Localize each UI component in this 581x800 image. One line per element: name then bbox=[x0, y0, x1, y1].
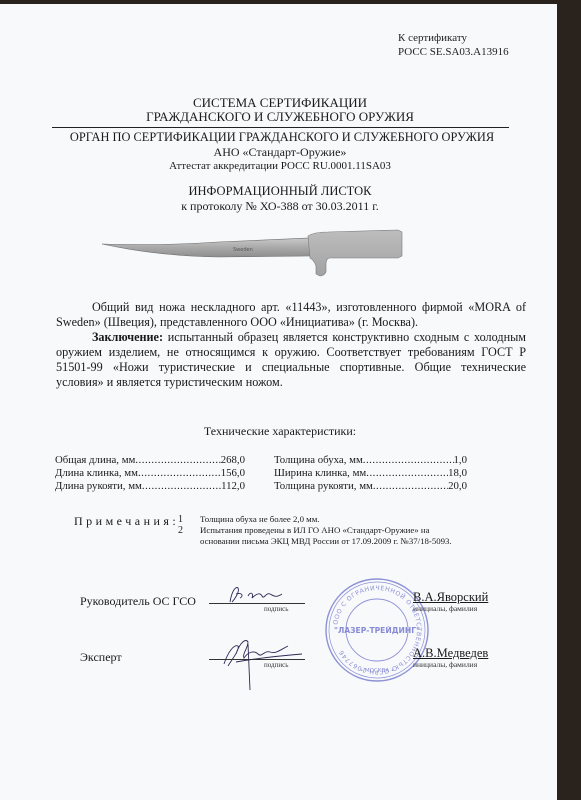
specs-title: Технические характеристики: bbox=[60, 424, 500, 439]
header-divider bbox=[52, 127, 509, 128]
ano-name: АНО «Стандарт-Оружие» bbox=[60, 145, 500, 160]
spec-label: Толщина рукояти, мм bbox=[274, 480, 373, 493]
name-caption-head: инициалы, фамилия bbox=[413, 604, 477, 613]
notes-label: Примечания: bbox=[74, 514, 179, 529]
signature-scrawl-expert bbox=[218, 632, 308, 692]
spec-leader: ........................................… bbox=[373, 480, 448, 493]
spec-row: Общая длина, мм.........................… bbox=[55, 454, 245, 467]
spec-label: Длина рукояти, мм bbox=[55, 480, 142, 493]
system-title-line-2: ГРАЖДАНСКОГО И СЛУЖЕБНОГО ОРУЖИЯ bbox=[60, 109, 500, 125]
spec-row: Длина клинка, мм........................… bbox=[55, 467, 245, 480]
signatory-role-expert: Эксперт bbox=[80, 650, 122, 665]
spec-leader: ........................................… bbox=[138, 467, 221, 480]
stamp-city: • МОСКВА • bbox=[360, 668, 394, 674]
spec-leader: ........................................… bbox=[366, 467, 448, 480]
stamp-center-text: "ЛАЗЕР-ТРЕЙДИНГ" bbox=[334, 626, 420, 635]
blade-marking: Sweden bbox=[233, 247, 253, 253]
signature-line-expert bbox=[209, 659, 305, 660]
reference-line-2: РОСС SE.SA03.A13916 bbox=[398, 45, 509, 59]
organ-name: ОРГАН ПО СЕРТИФИКАЦИИ ГРАЖДАНСКОГО И СЛУ… bbox=[52, 130, 512, 145]
spec-row: Толщина обуха, мм.......................… bbox=[274, 454, 467, 467]
signature-line-head bbox=[209, 603, 305, 604]
spec-label: Ширина клинка, мм bbox=[274, 467, 366, 480]
signature-caption-expert: подпись bbox=[264, 661, 288, 669]
name-caption-expert: инициалы, фамилия bbox=[413, 660, 477, 669]
note-item: 1Толщина обуха не более 2,0 мм. bbox=[178, 514, 468, 525]
spec-value: 1,0 bbox=[454, 454, 468, 467]
signatory-name-head: В.А.Яворский bbox=[413, 590, 488, 605]
note-number: 2 bbox=[178, 525, 200, 547]
spec-value: 112,0 bbox=[221, 480, 245, 493]
spec-leader: ........................................… bbox=[135, 454, 220, 467]
accreditation: Аттестат аккредитации РОСС RU.0001.11SA0… bbox=[60, 160, 500, 172]
spec-leader: ........................................… bbox=[142, 480, 221, 493]
knife-photo: Sweden bbox=[98, 224, 403, 294]
protocol-reference: к протоколу № ХО-388 от 30.03.2011 г. bbox=[60, 199, 500, 214]
specs-left: Общая длина, мм.........................… bbox=[55, 454, 245, 493]
spec-row: Ширина клинка, мм.......................… bbox=[274, 467, 467, 480]
spec-leader: ........................................… bbox=[363, 454, 454, 467]
spec-row: Длина рукояти, мм.......................… bbox=[55, 480, 245, 493]
notes-list: 1Толщина обуха не более 2,0 мм. 2Испытан… bbox=[178, 514, 468, 547]
spec-row: Толщина рукояти, мм.....................… bbox=[274, 480, 467, 493]
signatory-role-head: Руководитель ОС ГСО bbox=[80, 594, 196, 609]
spec-value: 156,0 bbox=[221, 467, 245, 480]
specs-right: Толщина обуха, мм.......................… bbox=[274, 454, 467, 493]
document-page: К сертификату РОСС SE.SA03.A13916 СИСТЕМ… bbox=[0, 4, 557, 800]
note-text: Испытания проведены в ИЛ ГО АНО «Стандар… bbox=[200, 525, 468, 547]
conclusion-label: Заключение: bbox=[92, 330, 163, 344]
spec-value: 268,0 bbox=[221, 454, 245, 467]
note-item: 2Испытания проведены в ИЛ ГО АНО «Станда… bbox=[178, 525, 468, 547]
spec-value: 18,0 bbox=[448, 467, 467, 480]
document-title: ИНФОРМАЦИОННЫЙ ЛИСТОК bbox=[60, 184, 500, 199]
note-number: 1 bbox=[178, 514, 200, 525]
spec-label: Общая длина, мм bbox=[55, 454, 135, 467]
signature-caption-head: подпись bbox=[264, 605, 288, 613]
signatory-name-expert: А.В.Медведев bbox=[413, 646, 488, 661]
certificate-reference: К сертификату РОСС SE.SA03.A13916 bbox=[398, 31, 509, 59]
spec-value: 20,0 bbox=[448, 480, 467, 493]
description-paragraph: Общий вид ножа нескладного арт. «11443»,… bbox=[56, 300, 526, 330]
spec-label: Толщина обуха, мм bbox=[274, 454, 363, 467]
note-text: Толщина обуха не более 2,0 мм. bbox=[200, 514, 320, 525]
conclusion-paragraph: Заключение: испытанный образец является … bbox=[56, 330, 526, 390]
spec-label: Длина клинка, мм bbox=[55, 467, 138, 480]
reference-line-1: К сертификату bbox=[398, 31, 509, 45]
